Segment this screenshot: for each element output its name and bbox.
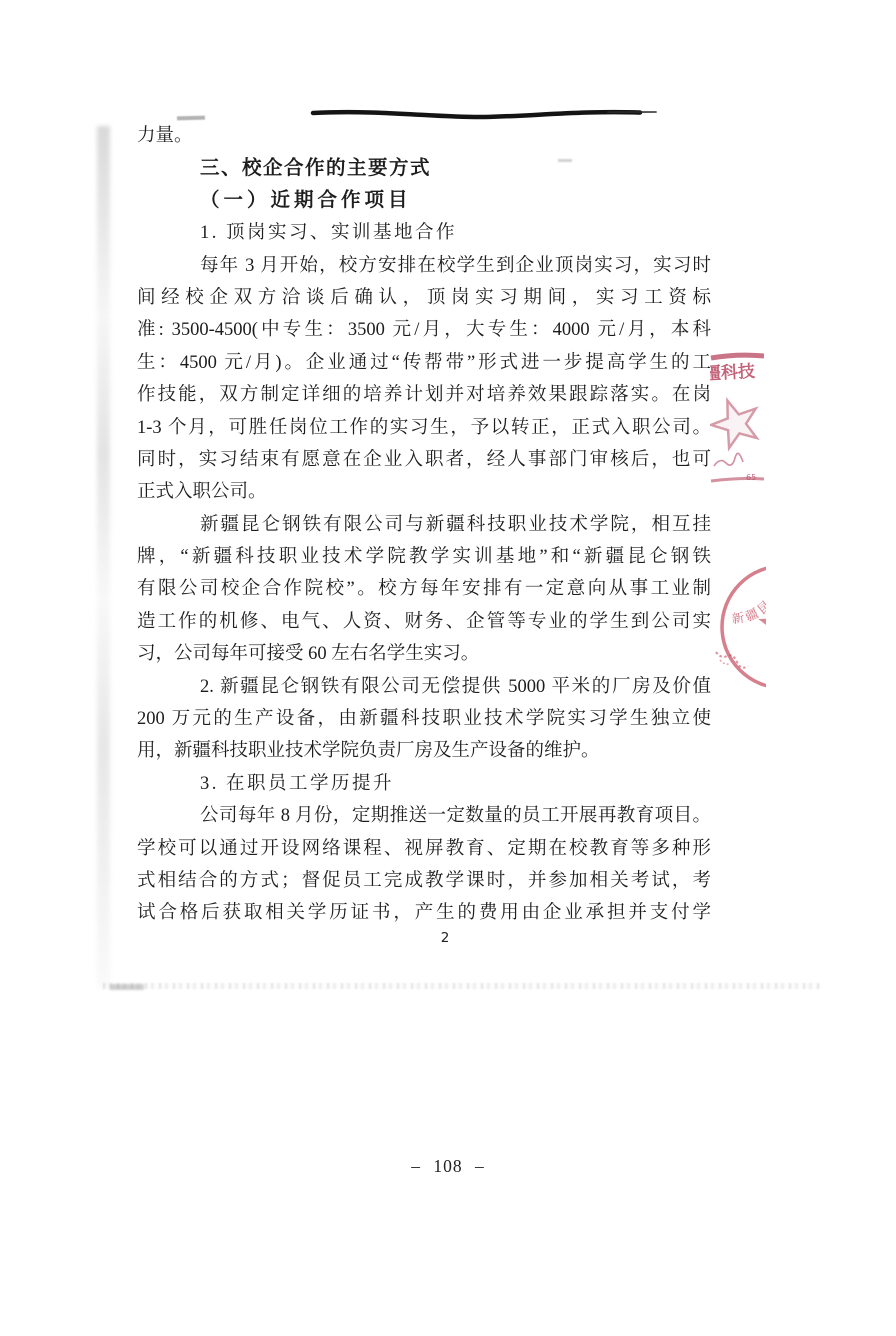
stamp-bottom-border — [711, 479, 764, 481]
text-line: 同时，实习结束有愿意在企业入职者，经人事部门审核后，也可 — [137, 444, 711, 476]
stamp-star-icon — [711, 401, 757, 449]
text-line: 学校可以通过开设网络课程、视屏教育、定期在校教育等多种形 — [137, 833, 711, 865]
text-line: 习，公司每年可接受 60 左右名学生实习。 — [137, 638, 711, 670]
stamp-ring-text-path — [732, 576, 766, 623]
red-stamp-lower-graphic: 新疆昆仑钢铁 — [706, 556, 766, 696]
text-line: 准: 3500-4500(中专生：3500 元/月，大专生：4000 元/月，本… — [137, 314, 711, 346]
scan-edge-blob — [110, 984, 144, 990]
stamp-star-icon — [758, 601, 766, 648]
text-line: 200 万元的生产设备，由新疆科技职业技术学院实习学生独立使 — [137, 703, 711, 735]
scan-edge-shadow-bottom — [103, 983, 821, 989]
text-line: 2. 新疆昆仑钢铁有限公司无偿提供 5000 平米的厂房及价值 — [137, 671, 711, 703]
stamp-ring-text: 新疆昆仑钢铁 — [706, 556, 766, 626]
section-heading: 1. 顶岗实习、实训基地合作 — [137, 217, 711, 249]
stamp-squiggle — [714, 453, 743, 466]
stamp-ring — [722, 566, 766, 688]
red-stamp-lower: 新疆昆仑钢铁 — [706, 556, 766, 696]
text-line: 间经校企双方洽谈后确认，顶岗实习期间，实习工资标 — [137, 282, 711, 314]
text-line: 造工作的机修、电气、人资、财务、企管等专业的学生到公司实 — [137, 606, 711, 638]
red-stamp-upper-graphic: 疆科技 65 — [710, 348, 764, 488]
text-line: 正式入职公司。 — [137, 476, 711, 508]
text-line: 牌，“新疆科技职业技术学院教学实训基地”和“新疆昆仑钢铁 — [137, 541, 711, 573]
scan-edge-shadow-left — [97, 126, 110, 988]
section-heading: （一）近期合作项目 — [137, 185, 711, 217]
text-line: 作技能，双方制定详细的培养计划并对培养效果跟踪落实。在岗 — [137, 379, 711, 411]
text-line: 有限公司校企合作院校”。校方每年安排有一定意向从事工业制 — [137, 573, 711, 605]
section-heading: 三、校企合作的主要方式 — [137, 152, 711, 184]
text-line: 每年 3 月开始，校方安排在校学生到企业顶岗实习，实习时 — [137, 250, 711, 282]
stamp-bottom-squiggle — [716, 652, 748, 668]
stamp-top-border — [711, 355, 764, 358]
text-line: 力量。 — [137, 120, 711, 152]
section-heading: 3. 在职员工学历提升 — [137, 768, 711, 800]
text-line: 1-3 个月，可胜任岗位工作的实习生，予以转正，正式入职公司。 — [137, 412, 711, 444]
text-line: 新疆昆仑钢铁有限公司与新疆科技职业技术学院，相互挂 — [137, 509, 711, 541]
stamp-upper-text: 疆科技 — [710, 361, 755, 384]
red-stamp-upper: 疆科技 65 — [710, 348, 764, 488]
inner-page-number: 2 — [430, 930, 460, 946]
text-line: 生：4500 元/月)。企业通过“传帮带”形式进一步提高学生的工 — [137, 347, 711, 379]
stamp-bottom-squiggle-2 — [720, 660, 729, 664]
text-line: 试合格后获取相关学历证书，产生的费用由企业承担并支付学 — [137, 897, 711, 929]
document-text-block: 力量。三、校企合作的主要方式（一）近期合作项目1. 顶岗实习、实训基地合作每年 … — [137, 120, 711, 930]
footer-page-number: – 108 – — [0, 1156, 896, 1177]
stamp-upper-number: 65 — [746, 473, 756, 482]
scanned-page: 力量。三、校企合作的主要方式（一）近期合作项目1. 顶岗实习、实训基地合作每年 … — [0, 0, 896, 1336]
text-line: 式相结合的方式；督促员工完成教学课时，并参加相关考试，考 — [137, 865, 711, 897]
text-line: 用，新疆科技职业技术学院负责厂房及生产设备的维护。 — [137, 735, 711, 767]
text-line: 公司每年 8 月份，定期推送一定数量的员工开展再教育项目。 — [137, 800, 711, 832]
